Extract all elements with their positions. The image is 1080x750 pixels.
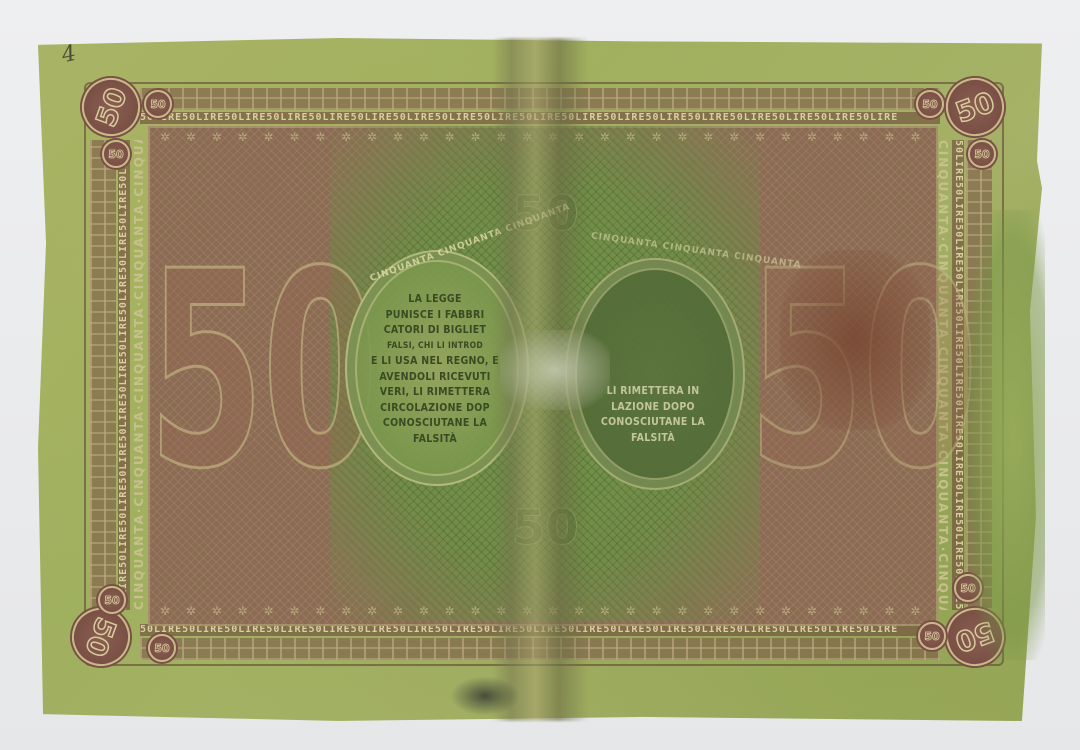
large-numeral-left: 50 [148,236,376,506]
cinquanta-text-left: CINQUANTA·CINQUANTA·CINQUANTA·CINQUANTA·… [132,140,146,610]
paper-tear [500,330,610,410]
small-medallion: 50 [148,634,176,662]
penal-line: CONOSCIUTANE LA [578,415,728,431]
small-medallion: 50 [144,90,172,118]
penal-line: FALSITÀ [578,431,728,447]
dark-stain [450,676,520,716]
worn-edge-right [965,210,1045,660]
small-medallion: 50 [916,90,944,118]
lire-band-left [90,140,116,610]
small-medallion: 50 [102,140,130,168]
small-medallion: 50 [968,140,996,168]
lire-text-left: 50LIRE50LIRE50LIRE50LIRE50LIRE50LIRE50LI… [118,140,130,610]
small-medallion: 50 [98,586,126,614]
small-medallion: 50 [918,622,946,650]
brown-stain [780,250,930,430]
